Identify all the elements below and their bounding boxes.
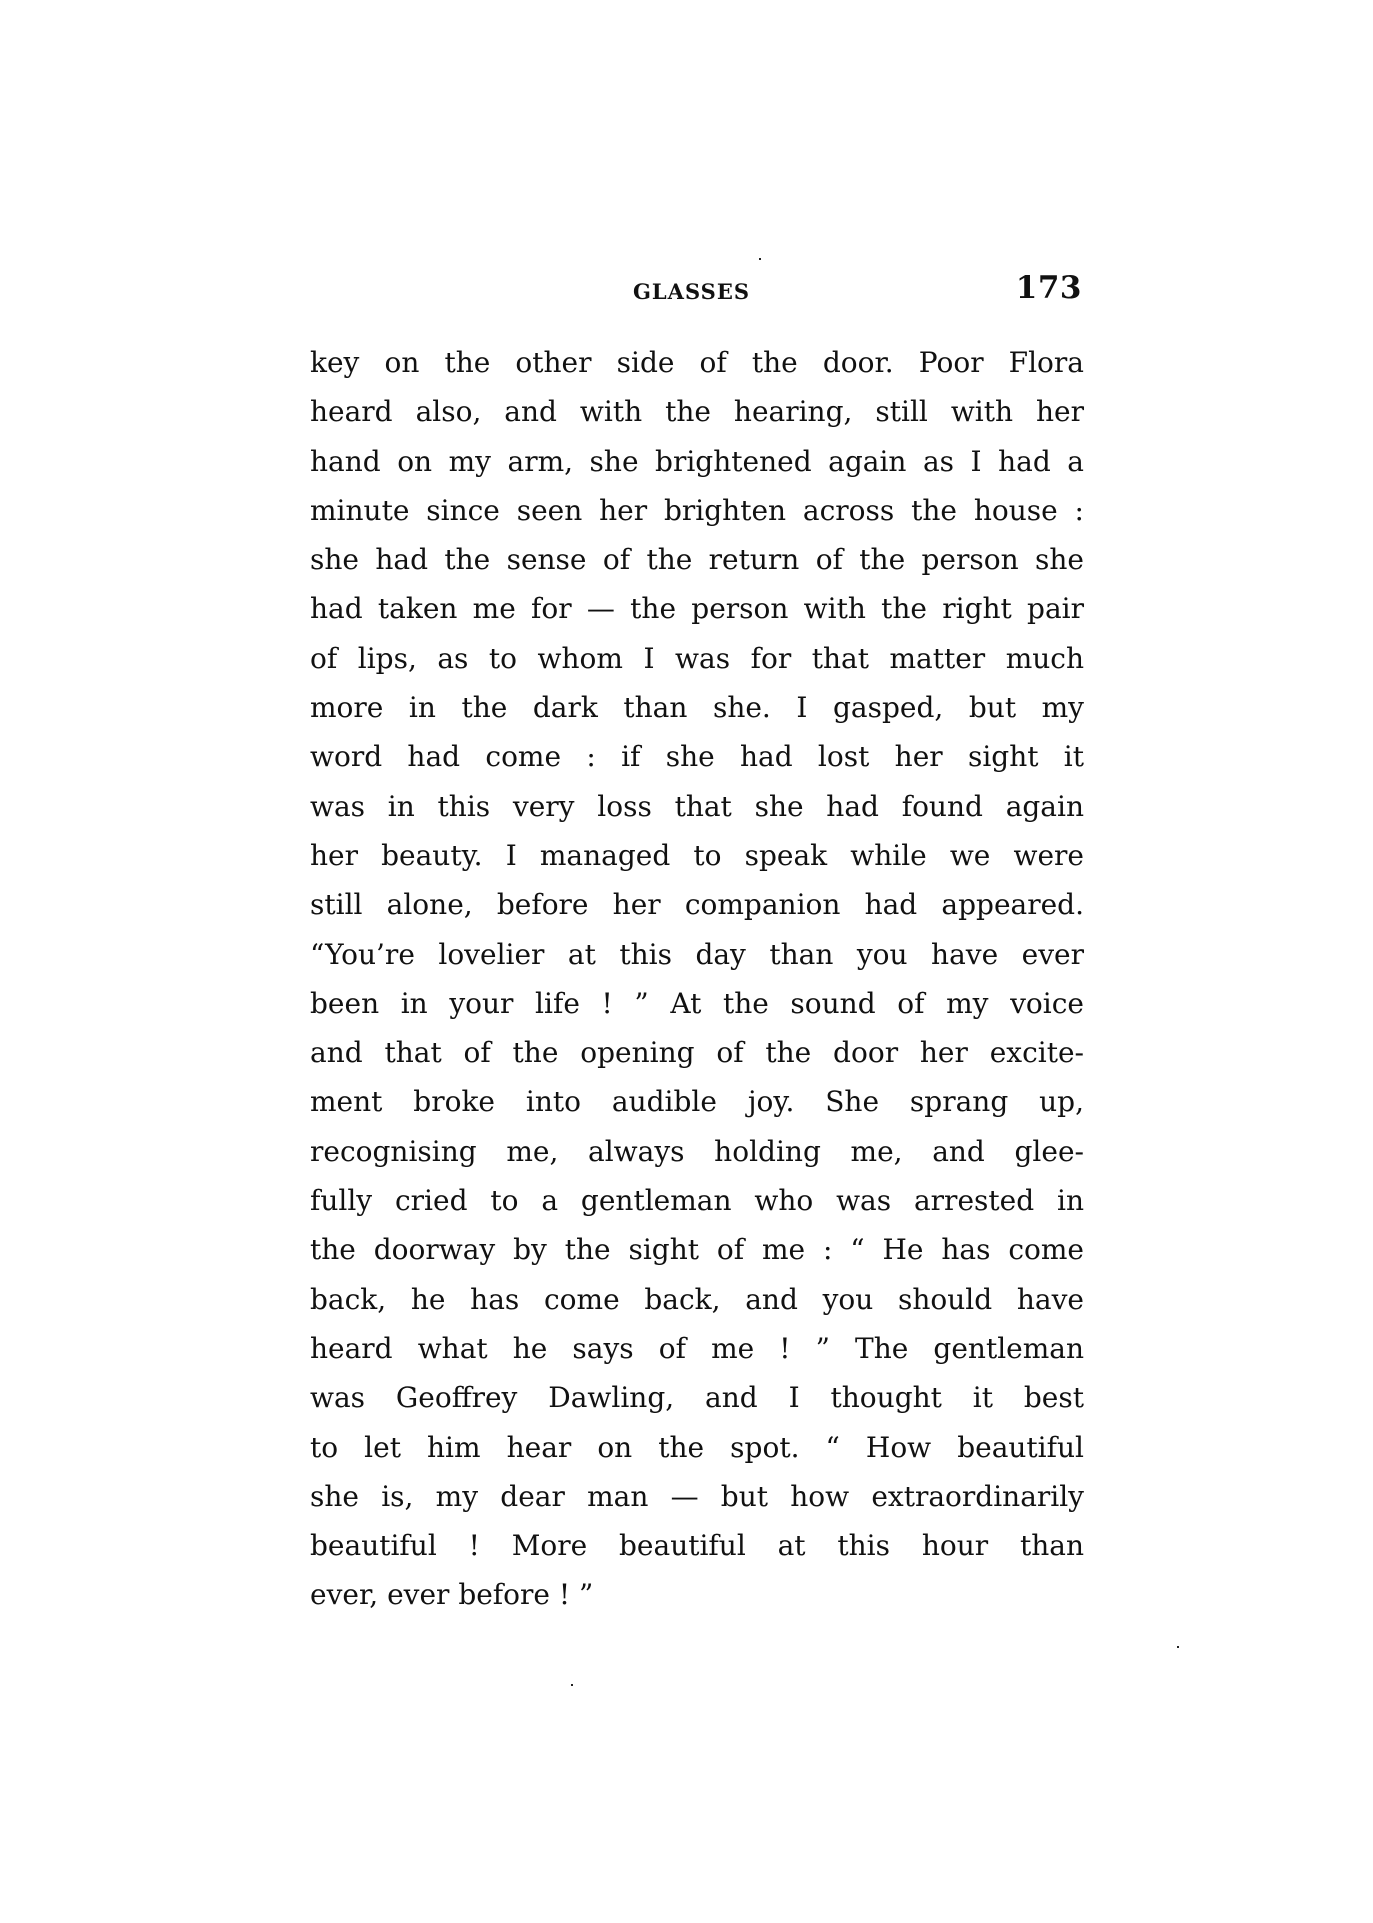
running-title: GLASSES bbox=[304, 279, 1079, 304]
text-line: heard also, and with the hearing, still … bbox=[310, 387, 1084, 436]
text-line: had taken me for — the person with the r… bbox=[310, 584, 1084, 633]
text-line: ever, ever before ! ” bbox=[310, 1570, 1084, 1619]
text-line: the doorway by the sight of me : “ He ha… bbox=[310, 1225, 1084, 1274]
running-head: GLASSES 173 bbox=[307, 270, 1082, 310]
text-line: was in this very loss that she had found… bbox=[310, 782, 1084, 831]
scan-speck bbox=[759, 258, 761, 260]
text-line: and that of the opening of the door her … bbox=[310, 1028, 1084, 1077]
text-line: key on the other side of the door. Poor … bbox=[310, 338, 1084, 387]
text-line: beautiful ! More beautiful at this hour … bbox=[310, 1521, 1084, 1570]
scan-speck bbox=[1177, 1646, 1179, 1648]
body-text: key on the other side of the door. Poor … bbox=[310, 338, 1084, 1620]
text-line: been in your life ! ” At the sound of my… bbox=[310, 979, 1084, 1028]
text-line: ment broke into audible joy. She sprang … bbox=[310, 1077, 1084, 1126]
text-line: word had come : if she had lost her sigh… bbox=[310, 732, 1084, 781]
text-line: to let him hear on the spot. “ How beaut… bbox=[310, 1423, 1084, 1472]
text-line: of lips, as to whom I was for that matte… bbox=[310, 634, 1084, 683]
text-line: heard what he says of me ! ” The gentlem… bbox=[310, 1324, 1084, 1373]
scan-speck bbox=[571, 1684, 573, 1686]
text-line: hand on my arm, she brightened again as … bbox=[310, 437, 1084, 486]
book-page: GLASSES 173 key on the other side of the… bbox=[0, 0, 1373, 1923]
text-line: more in the dark than she. I gasped, but… bbox=[310, 683, 1084, 732]
text-line: her beauty. I managed to speak while we … bbox=[310, 831, 1084, 880]
page-number: 173 bbox=[1016, 270, 1082, 306]
text-line: still alone, before her companion had ap… bbox=[310, 880, 1084, 929]
text-line: fully cried to a gentleman who was arres… bbox=[310, 1176, 1084, 1225]
text-line: “You’re lovelier at this day than you ha… bbox=[310, 930, 1084, 979]
text-line: she had the sense of the return of the p… bbox=[310, 535, 1084, 584]
text-line: minute since seen her brighten across th… bbox=[310, 486, 1084, 535]
text-line: recognising me, always holding me, and g… bbox=[310, 1127, 1084, 1176]
text-line: was Geoffrey Dawling, and I thought it b… bbox=[310, 1373, 1084, 1422]
text-line: she is, my dear man — but how extraordin… bbox=[310, 1472, 1084, 1521]
text-line: back, he has come back, and you should h… bbox=[310, 1275, 1084, 1324]
